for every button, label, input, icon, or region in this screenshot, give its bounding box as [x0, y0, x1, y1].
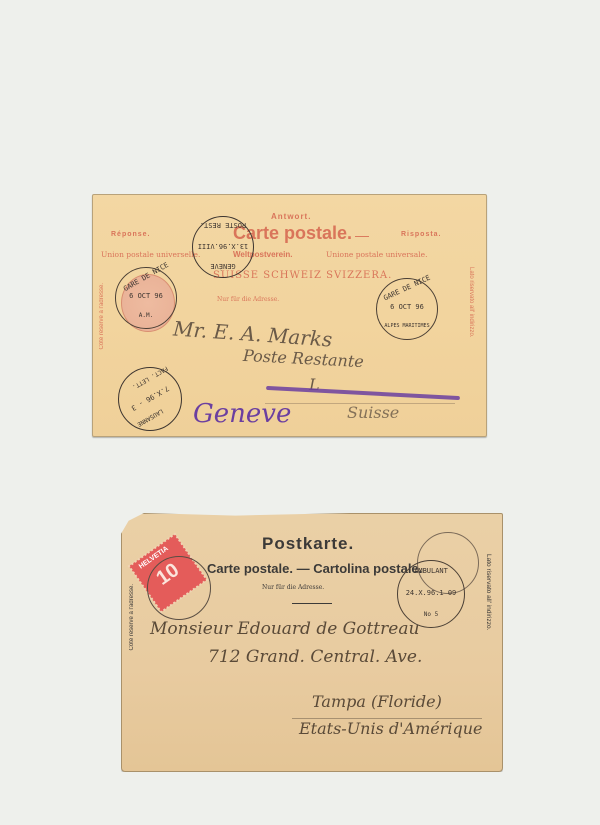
ornament-rule [292, 603, 332, 604]
postmark-geneve: POSTE REST. 13.X.96.VIII GENÈVE [192, 216, 254, 278]
violet-strikethrough [266, 386, 460, 400]
handwritten-country: Etats-Unis d'Amérique [299, 719, 483, 738]
postmark-ambulant: AMBULANT 24.X.96.1 09 No 5 [397, 560, 465, 628]
card-title-fr-it: Carte postale. — Cartolina postale. [207, 561, 422, 576]
title-dash: — [355, 227, 369, 243]
card-heading-antwort: Antwort. [271, 212, 311, 221]
card-title-postkarte: Postkarte. [262, 534, 354, 554]
postcard-1896-tampa: HELVETIA 10 Postkarte. Carte postale. — … [121, 513, 503, 772]
side-label-right: Lato riservato all' indirizzo. [485, 554, 492, 630]
handwritten-city: Tampa (Floride) [312, 692, 442, 711]
union-fr: Union postale universelle. [101, 250, 200, 259]
postmark-gare-de-nice-left: GARE DE NICE 6 OCT 96 A.M. [115, 267, 177, 329]
handwritten-street: 712 Grand. Central. Ave. [208, 647, 422, 667]
label-risposta: Risposta. [401, 231, 442, 238]
handwritten-recipient: Monsieur Edouard de Gottreau [150, 619, 419, 639]
address-only-label: Nur für die Adresse. [217, 296, 279, 303]
side-label-left: Côté réservé à l'adresse. [99, 283, 105, 350]
handwritten-suisse: Suisse [347, 403, 399, 422]
side-label-right: Lato riservato all' indirizzo. [468, 267, 474, 338]
handwritten-geneve-violet: Geneve [193, 399, 291, 429]
union-it: Unione postale universale. [326, 250, 427, 259]
handwritten-poste-restante: Poste Restante [243, 346, 365, 371]
postmark-over-stamp [147, 556, 211, 620]
side-label-left: Côté réservé à l'adresse. [129, 584, 135, 651]
postmark-lausanne: FACT. LETT. 7.X.96 - 3 LAUSANNE [118, 367, 182, 431]
reply-postcard-1896: Antwort. Réponse. Carte postale. — Rispo… [92, 194, 487, 437]
address-only-label: Nur für die Adresse. [262, 584, 324, 591]
postmark-gare-de-nice-right: GARE DE NICE 6 OCT 96 ALPES MARITIMES [376, 278, 438, 340]
label-reponse: Réponse. [111, 231, 151, 238]
